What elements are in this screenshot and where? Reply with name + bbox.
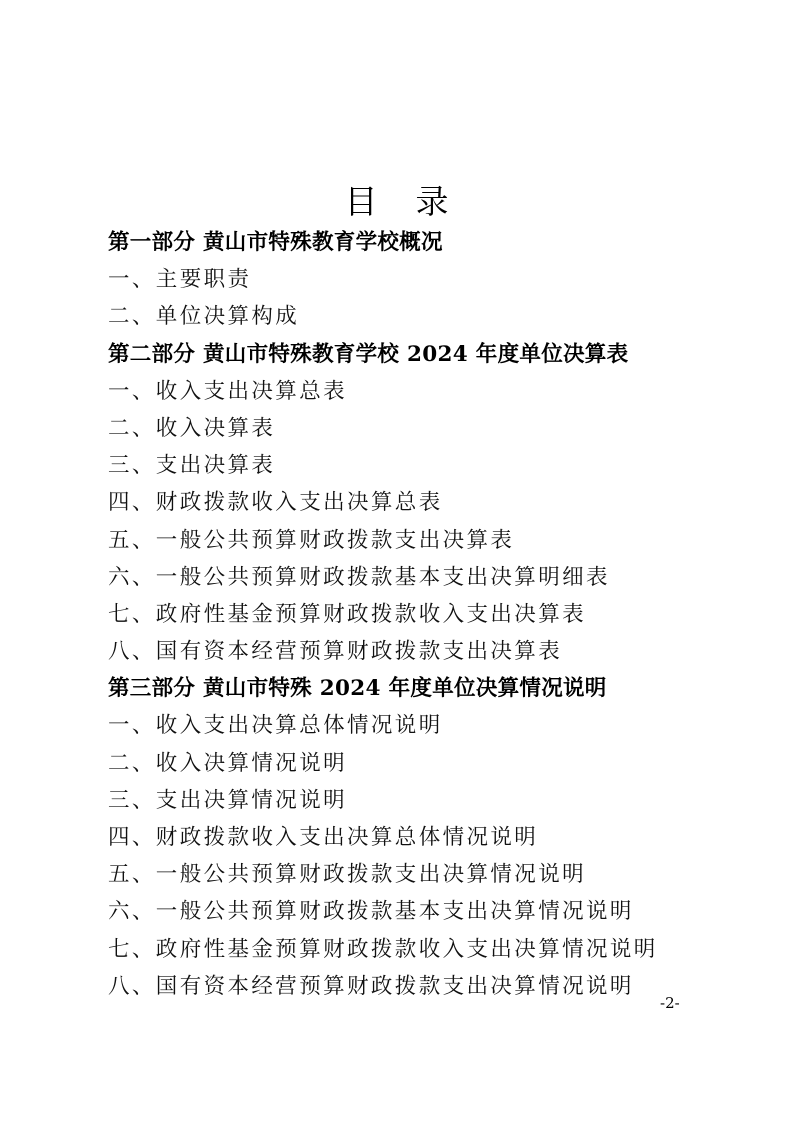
toc-item[interactable]: 八、国有资本经营预算财政拨款支出决算表 [108, 633, 728, 670]
toc-section-part2[interactable]: 第二部分 黄山市特殊教育学校 2024 年度单位决算表 [108, 336, 728, 373]
toc-item[interactable]: 一、收入支出决算总表 [108, 373, 728, 410]
page-number: -2- [660, 993, 680, 1013]
title-char-1: 目 [345, 182, 378, 221]
toc-item[interactable]: 七、政府性基金预算财政拨款收入支出决算情况说明 [108, 931, 728, 968]
toc-item[interactable]: 四、财政拨款收入支出决算总表 [108, 484, 728, 521]
toc-item[interactable]: 七、政府性基金预算财政拨款收入支出决算表 [108, 596, 728, 633]
toc-item[interactable]: 一、收入支出决算总体情况说明 [108, 707, 728, 744]
toc-item[interactable]: 八、国有资本经营预算财政拨款支出决算情况说明 [108, 968, 728, 1005]
toc-section-part1[interactable]: 第一部分 黄山市特殊教育学校概况 [108, 224, 728, 261]
table-of-contents: 第一部分 黄山市特殊教育学校概况 一、主要职责 二、单位决算构成 第二部分 黄山… [108, 224, 728, 1005]
toc-item[interactable]: 四、财政拨款收入支出决算总体情况说明 [108, 819, 728, 856]
toc-item[interactable]: 三、支出决算情况说明 [108, 782, 728, 819]
toc-item[interactable]: 六、一般公共预算财政拨款基本支出决算明细表 [108, 559, 728, 596]
toc-item[interactable]: 二、收入决算情况说明 [108, 745, 728, 782]
toc-item[interactable]: 五、一般公共预算财政拨款支出决算表 [108, 522, 728, 559]
title-char-2: 录 [416, 182, 449, 221]
toc-item[interactable]: 三、支出决算表 [108, 447, 728, 484]
toc-item[interactable]: 二、单位决算构成 [108, 298, 728, 335]
toc-item[interactable]: 一、主要职责 [108, 261, 728, 298]
page-title: 目录 [0, 180, 793, 224]
toc-item[interactable]: 二、收入决算表 [108, 410, 728, 447]
toc-section-part3[interactable]: 第三部分 黄山市特殊 2024 年度单位决算情况说明 [108, 670, 728, 707]
toc-item[interactable]: 五、一般公共预算财政拨款支出决算情况说明 [108, 856, 728, 893]
toc-item[interactable]: 六、一般公共预算财政拨款基本支出决算情况说明 [108, 893, 728, 930]
